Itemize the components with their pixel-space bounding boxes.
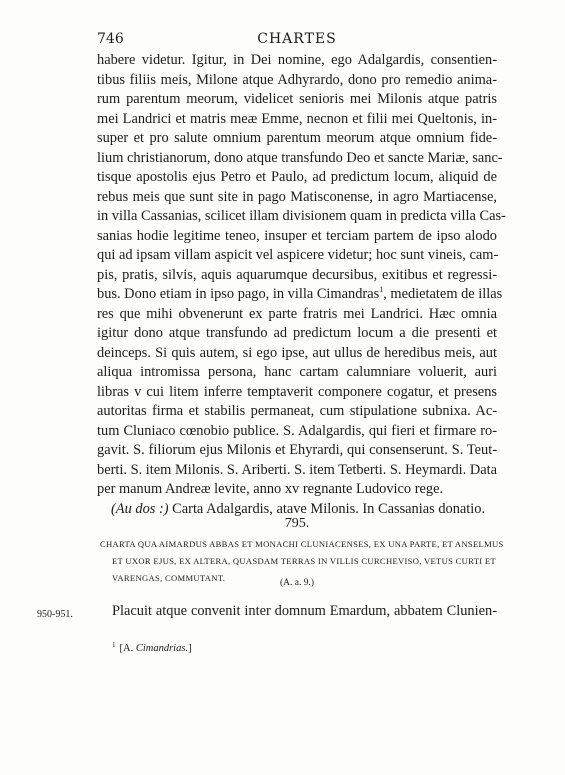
footnote-variant: Cimandrias. — [136, 643, 188, 654]
footnote-prefix: [A. — [120, 643, 136, 654]
text-line: berti. S. item Milonis. S. Ariberti. S. … — [97, 461, 497, 481]
text-line: lium christianorum, dono atque transfund… — [97, 149, 497, 169]
text-line: qui ad ipsam villam aspicit vel aspicere… — [97, 246, 497, 266]
footnote-suffix: ] — [188, 643, 192, 654]
charter-number: 795. — [97, 516, 497, 532]
text-line: autoritas firma et stabilis permaneat, c… — [97, 402, 497, 422]
endorsement-label: (Au dos :) — [111, 501, 169, 517]
text-line: tisque apostolis ejus Petro et Paulo, ad… — [97, 168, 497, 188]
book-page: 746 CHARTES habere videtur. Igitur, in D… — [0, 0, 565, 775]
text-line: igitur dono atque transfundo ad predictu… — [97, 324, 497, 344]
text-line: super et pro salute omnium parentum meor… — [97, 129, 497, 149]
text-segment: , medietatem de illas — [383, 286, 502, 302]
text-line: mei Landrici et matris meæ Emme, necnon … — [97, 110, 497, 130]
text-line: tum Cluniaco cœnobio publice. S. Adalgar… — [97, 422, 497, 442]
source-reference: (A. a. 9.) — [97, 578, 497, 588]
text-line: tibus filiis meis, Milone atque Adhyrard… — [97, 71, 497, 91]
running-title: CHARTES — [97, 31, 497, 47]
footnote-mark: 1 — [112, 641, 116, 649]
footnote: 1[A. Cimandrias.] — [112, 641, 192, 654]
text-line: in villa Cassanias, scilicet illam divis… — [97, 207, 497, 227]
text-line: gavit. S. filiorum ejus Milonis et Ehyra… — [97, 441, 497, 461]
text-line: res que mihi obvenerunt ex parte fratris… — [97, 305, 497, 325]
charter-incipit: Placuit atque convenit inter domnum Emar… — [112, 603, 497, 620]
text-line: habere videtur. Igitur, in Dei nomine, e… — [97, 51, 497, 71]
text-line: rum parentum meorum, videlicet senioris … — [97, 90, 497, 110]
text-line: pis, pratis, silvis, aquis aquarumque de… — [97, 266, 497, 286]
text-line: aliqua intromissa persona, hanc cartam c… — [97, 363, 497, 383]
text-segment: bus. Dono etiam in ipso pago, in villa C… — [97, 286, 379, 302]
running-head: 746 CHARTES — [97, 31, 497, 49]
text-line-with-footnote: bus. Dono etiam in ipso pago, in villa C… — [97, 285, 497, 305]
text-line: rebus meis que sunt site in pago Matisco… — [97, 188, 497, 208]
text-line: deinceps. Si quis autem, si ego ipse, au… — [97, 344, 497, 364]
text-line: sanias hodie legitime teneo, insuper et … — [97, 227, 497, 247]
regest-line: ET UXOR EJUS, EX ALTERA, QUASDAM TERRAS … — [100, 553, 495, 570]
margin-date: 950-951. — [37, 609, 73, 620]
endorsement-text: Carta Adalgardis, atave Milonis. In Cass… — [169, 501, 486, 517]
regest-line: CHARTA QUA AIMARDUS ABBAS ET MONACHI CLU… — [100, 536, 495, 553]
text-line: libras v cui litem inferre temptaverit c… — [97, 383, 497, 403]
text-line: per manum Andreæ levite, anno xv regnant… — [97, 480, 497, 500]
charter-body-text: habere videtur. Igitur, in Dei nomine, e… — [97, 51, 497, 519]
